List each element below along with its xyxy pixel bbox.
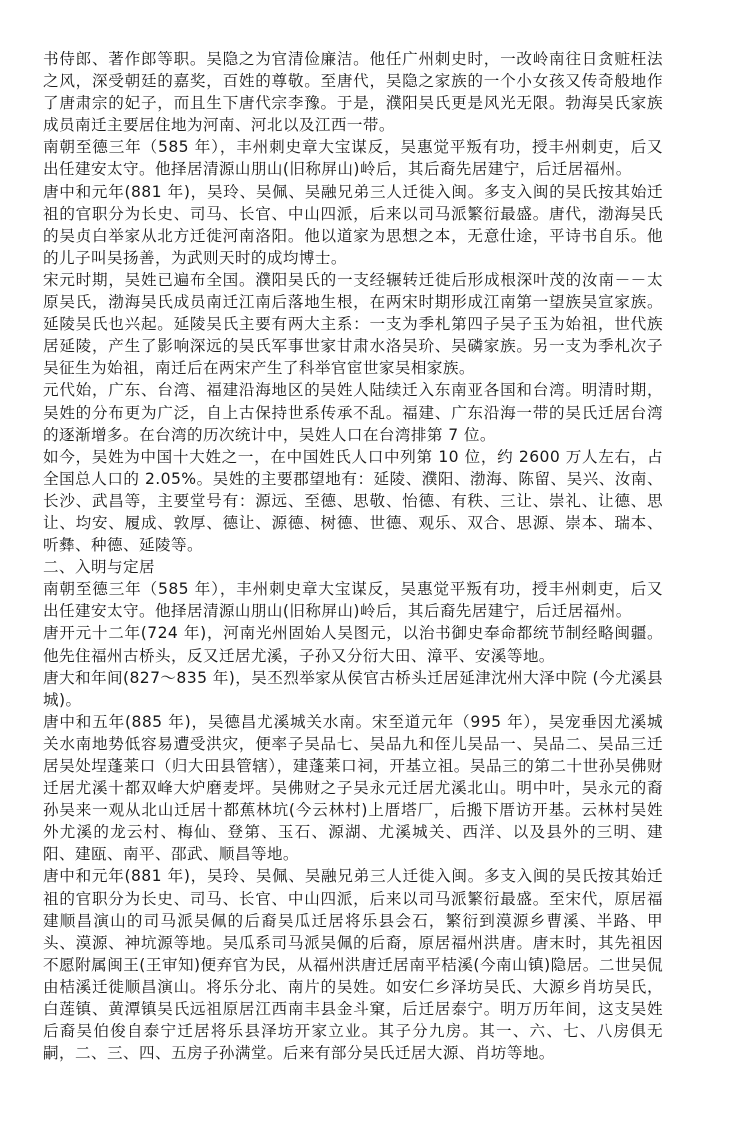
paragraph: 元代始，广东、台湾、福建沿海地区的吴姓人陆续迁入东南亚各国和台湾。明清时期，吴姓… — [43, 379, 663, 445]
paragraph: 唐开元十二年(724 年)，河南光州固始人吴图元，以治书御史奉命都统节制经略闽疆… — [43, 622, 663, 666]
paragraph: 唐中和五年(885 年)，吴德昌尤溪城关水南。宋至道元年（995 年），吴宠垂因… — [43, 711, 663, 866]
paragraph: 南朝至德三年（585 年），丰州刺史章大宝谋反，吴惠觉平叛有功，授丰州刺吏，后又… — [43, 136, 663, 180]
paragraph: 唐大和年间(827～835 年)，吴丕烈举家从侯官古桥头迁居延津沈州大泽中院 (… — [43, 667, 663, 711]
document-body: 书侍郎、著作郎等职。吴隐之为官清俭廉洁。他任广州刺史时，一改岭南往日贪赃枉法之风… — [43, 48, 663, 1064]
paragraph: 南朝至德三年（585 年），丰州刺史章大宝谋反，吴惠觉平叛有功，授丰州刺吏，后又… — [43, 578, 663, 622]
paragraph: 唐中和元年(881 年)，吴玲、吴佩、吴融兄弟三人迁徙入闽。多支入闽的吴氏按其始… — [43, 865, 663, 1064]
paragraph: 如今，吴姓为中国十大姓之一，在中国姓氏人口中列第 10 位，约 2600 万人左… — [43, 446, 663, 556]
paragraph: 唐中和元年(881 年)，吴玲、吴佩、吴融兄弟三人迁徙入闽。多支入闽的吴氏按其始… — [43, 181, 663, 269]
paragraph: 宋元时期，吴姓已遍布全国。濮阳吴氏的一支经辗转迁徙后形成根深叶茂的汝南－－太原吴… — [43, 269, 663, 379]
section-heading: 二、入明与定居 — [43, 556, 663, 578]
paragraph: 书侍郎、著作郎等职。吴隐之为官清俭廉洁。他任广州刺史时，一改岭南往日贪赃枉法之风… — [43, 48, 663, 136]
